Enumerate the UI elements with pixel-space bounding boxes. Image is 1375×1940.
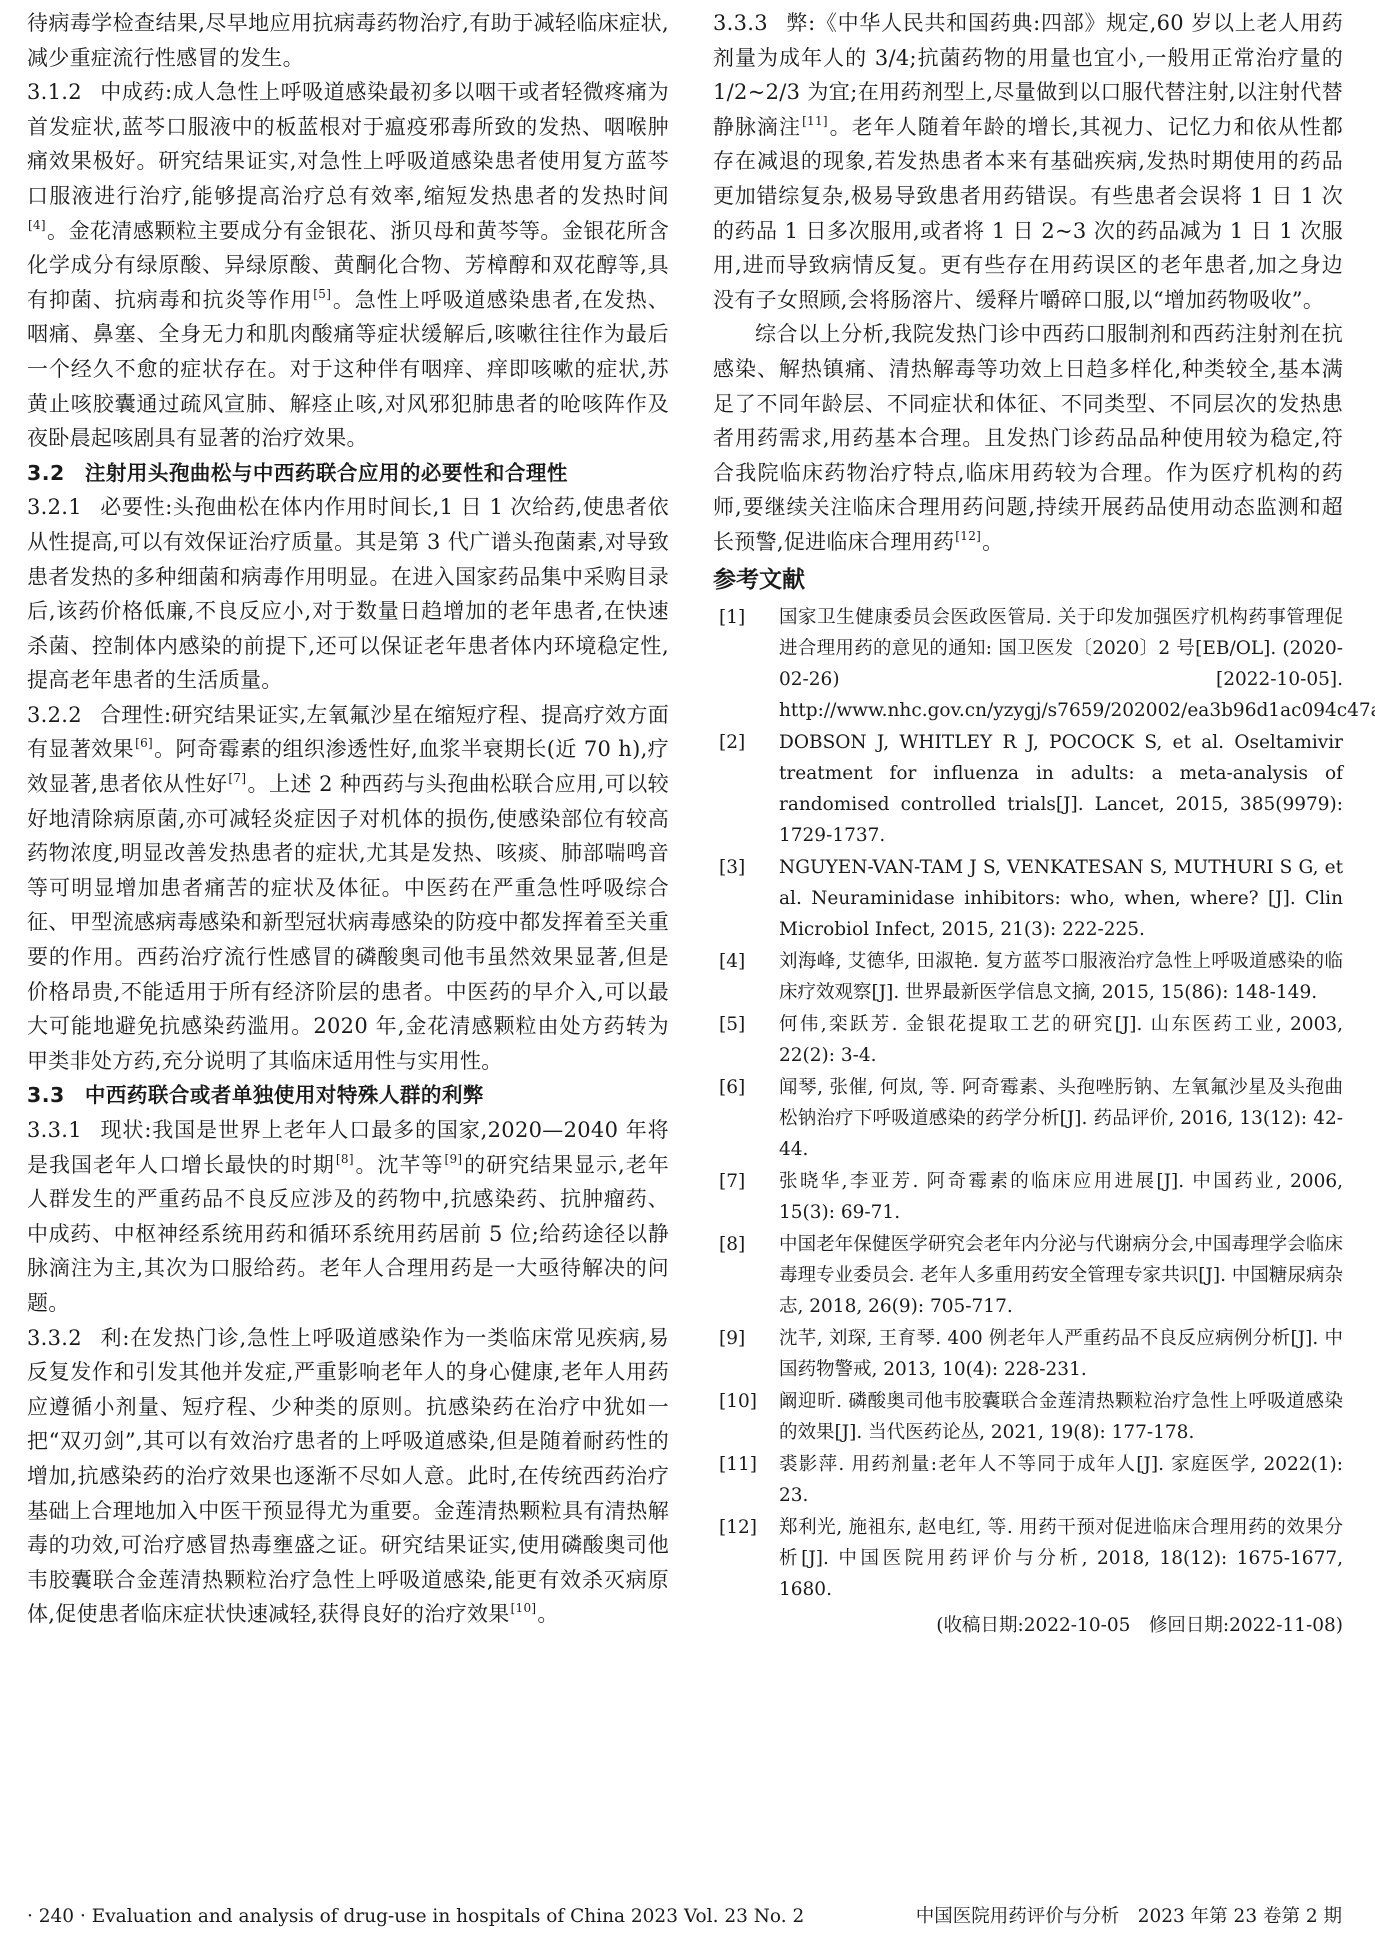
citation[interactable]: [8] [336, 1152, 354, 1166]
reference-number: [9] [719, 1323, 745, 1354]
heading-number: 3.2 [27, 461, 65, 485]
reference-number: [8] [719, 1229, 745, 1260]
citation[interactable]: [6] [135, 736, 153, 750]
section-3-1-2: 3.1.2中成药:成人急性上呼吸道感染最初多以咽干或者轻微疼痛为首发症状,蓝芩口… [27, 75, 669, 456]
heading-3-2: 3.2注射用头孢曲松与中西药联合应用的必要性和合理性 [27, 456, 669, 491]
section-3-3-3: 3.3.3弊:《中华人民共和国药典:四部》规定,60 岁以上老人用药剂量为成年人… [713, 6, 1343, 317]
paragraph-text: 。 [982, 530, 1003, 554]
reference-number: [10] [719, 1386, 757, 1417]
section-number: 3.2.2 [27, 703, 82, 727]
citation[interactable]: [7] [228, 771, 246, 785]
section-3-3-1: 3.3.1现状:我国是世界上老年人口最多的国家,2020—2040 年将是我国老… [27, 1113, 669, 1321]
reference-text: 裘影萍. 用药剂量:老年人不等同于成年人[J]. 家庭医学, 2022(1): … [779, 1454, 1343, 1506]
received-revised-dates: (收稿日期:2022-10-05 修回日期:2022-11-08) [713, 1609, 1343, 1643]
reference-item: [3]NGUYEN-VAN-TAM J S, VENKATESAN S, MUT… [713, 852, 1343, 945]
reference-text: 张晓华,李亚芳. 阿奇霉素的临床应用进展[J]. 中国药业, 2006, 15(… [779, 1171, 1343, 1223]
reference-text: 阚迎昕. 磷酸奥司他韦胶囊联合金莲清热颗粒治疗急性上呼吸道感染的效果[J]. 当… [779, 1391, 1343, 1443]
footer-journal-english: · 240 · Evaluation and analysis of drug-… [27, 1906, 804, 1928]
reference-text: 何伟,栾跃芳. 金银花提取工艺的研究[J]. 山东医药工业, 2003, 22(… [779, 1014, 1343, 1066]
citation[interactable]: [11] [802, 114, 828, 128]
reference-item: [6]闻琴, 张催, 何岚, 等. 阿奇霉素、头孢唑肟钠、左氧氟沙星及头孢曲松钠… [713, 1072, 1343, 1165]
citation[interactable]: [4] [28, 218, 46, 232]
reference-number: [5] [719, 1009, 745, 1040]
reference-item: [5]何伟,栾跃芳. 金银花提取工艺的研究[J]. 山东医药工业, 2003, … [713, 1009, 1343, 1071]
section-number: 3.1.2 [27, 80, 82, 104]
paragraph-text: 。 [537, 1602, 558, 1626]
reference-text: 中国老年保健医学研究会老年内分泌与代谢病分会,中国毒理学会临床毒理专业委员会. … [779, 1234, 1343, 1317]
reference-text: 沈芊, 刘琛, 王育琴. 400 例老年人严重药品不良反应病例分析[J]. 中国… [779, 1328, 1343, 1380]
paragraph-continued: 待病毒学检查结果,尽早地应用抗病毒药物治疗,有助于减轻临床症状,减少重症流行性感… [27, 6, 669, 75]
reference-item: [4]刘海峰, 艾德华, 田淑艳. 复方蓝芩口服液治疗急性上呼吸道感染的临床疗效… [713, 946, 1343, 1008]
reference-number: [3] [719, 852, 745, 883]
reference-number: [4] [719, 946, 745, 977]
section-number: 3.3.3 [713, 11, 768, 35]
right-column: 3.3.3弊:《中华人民共和国药典:四部》规定,60 岁以上老人用药剂量为成年人… [713, 6, 1343, 1643]
references-heading: 参考文献 [713, 562, 1343, 598]
citation[interactable]: [5] [313, 287, 331, 301]
paragraph-text: 。沈芊等 [355, 1153, 444, 1177]
reference-text: 郑利光, 施祖东, 赵电红, 等. 用药干预对促进临床合理用药的效果分析[J].… [779, 1517, 1343, 1600]
reference-item: [8]中国老年保健医学研究会老年内分泌与代谢病分会,中国毒理学会临床毒理专业委员… [713, 1229, 1343, 1322]
reference-text: 国家卫生健康委员会医政医管局. 关于印发加强医疗机构药事管理促进合理用药的意见的… [779, 607, 1375, 721]
reference-list: [1]国家卫生健康委员会医政医管局. 关于印发加强医疗机构药事管理促进合理用药的… [713, 602, 1343, 1605]
left-column: 待病毒学检查结果,尽早地应用抗病毒药物治疗,有助于减轻临床症状,减少重症流行性感… [27, 6, 669, 1632]
footer-journal-chinese: 中国医院用药评价与分析 2023 年第 23 卷第 2 期 [916, 1906, 1342, 1928]
reference-text: 闻琴, 张催, 何岚, 等. 阿奇霉素、头孢唑肟钠、左氧氟沙星及头孢曲松钠治疗下… [779, 1077, 1343, 1160]
reference-item: [11]裘影萍. 用药剂量:老年人不等同于成年人[J]. 家庭医学, 2022(… [713, 1449, 1343, 1511]
reference-text: 刘海峰, 艾德华, 田淑艳. 复方蓝芩口服液治疗急性上呼吸道感染的临床疗效观察[… [779, 951, 1343, 1003]
reference-item: [10]阚迎昕. 磷酸奥司他韦胶囊联合金莲清热颗粒治疗急性上呼吸道感染的效果[J… [713, 1386, 1343, 1448]
section-3-3-2: 3.3.2利:在发热门诊,急性上呼吸道感染作为一类临床常见疾病,易反复发作和引发… [27, 1321, 669, 1632]
section-3-2-2: 3.2.2合理性:研究结果证实,左氧氟沙星在缩短疗程、提高疗效方面有显著效果[6… [27, 698, 669, 1079]
paragraph-text: 。急性上呼吸道感染患者,在发热、咽痛、鼻塞、全身无力和肌肉酸痛等症状缓解后,咳嗽… [27, 288, 669, 450]
reference-number: [11] [719, 1449, 757, 1480]
reference-text: DOBSON J, WHITLEY R J, POCOCK S, et al. … [779, 732, 1343, 846]
reference-number: [1] [719, 602, 745, 633]
section-number: 3.2.1 [27, 495, 82, 519]
heading-number: 3.3 [27, 1083, 65, 1107]
heading-3-3: 3.3中西药联合或者单独使用对特殊人群的利弊 [27, 1078, 669, 1113]
summary-paragraph: 综合以上分析,我院发热门诊中西药口服制剂和西药注射剂在抗感染、解热镇痛、清热解毒… [713, 317, 1343, 559]
paragraph-text: 。上述 2 种西药与头孢曲松联合应用,可以较好地清除病原菌,亦可减轻炎症因子对机… [27, 772, 669, 1073]
paragraph-text: 中成药:成人急性上呼吸道感染最初多以咽干或者轻微疼痛为首发症状,蓝芩口服液中的板… [27, 80, 669, 208]
paragraph-text: 利:在发热门诊,急性上呼吸道感染作为一类临床常见疾病,易反复发作和引发其他并发症… [27, 1326, 669, 1627]
heading-title: 中西药联合或者单独使用对特殊人群的利弊 [85, 1083, 484, 1107]
paragraph-text: 综合以上分析,我院发热门诊中西药口服制剂和西药注射剂在抗感染、解热镇痛、清热解毒… [713, 322, 1343, 554]
citation[interactable]: [12] [955, 529, 981, 543]
citation[interactable]: [9] [444, 1152, 462, 1166]
paragraph-text: 。老年人随着年龄的增长,其视力、记忆力和依从性都存在减退的现象,若发热患者本来有… [713, 115, 1343, 312]
reference-item: [7]张晓华,李亚芳. 阿奇霉素的临床应用进展[J]. 中国药业, 2006, … [713, 1166, 1343, 1228]
heading-title: 注射用头孢曲松与中西药联合应用的必要性和合理性 [85, 461, 568, 485]
reference-number: [6] [719, 1072, 745, 1103]
section-number: 3.3.2 [27, 1326, 82, 1350]
citation[interactable]: [10] [511, 1601, 537, 1615]
reference-number: [12] [719, 1512, 757, 1543]
section-number: 3.3.1 [27, 1118, 82, 1142]
reference-text: NGUYEN-VAN-TAM J S, VENKATESAN S, MUTHUR… [779, 857, 1343, 940]
paragraph-text: 必要性:头孢曲松在体内作用时间长,1 日 1 次给药,使患者依从性提高,可以有效… [27, 495, 669, 692]
section-3-2-1: 3.2.1必要性:头孢曲松在体内作用时间长,1 日 1 次给药,使患者依从性提高… [27, 490, 669, 698]
reference-item: [2]DOBSON J, WHITLEY R J, POCOCK S, et a… [713, 727, 1343, 851]
reference-number: [7] [719, 1166, 745, 1197]
reference-item: [12]郑利光, 施祖东, 赵电红, 等. 用药干预对促进临床合理用药的效果分析… [713, 1512, 1343, 1605]
reference-item: [1]国家卫生健康委员会医政医管局. 关于印发加强医疗机构药事管理促进合理用药的… [713, 602, 1343, 726]
reference-number: [2] [719, 727, 745, 758]
reference-item: [9]沈芊, 刘琛, 王育琴. 400 例老年人严重药品不良反应病例分析[J].… [713, 1323, 1343, 1385]
